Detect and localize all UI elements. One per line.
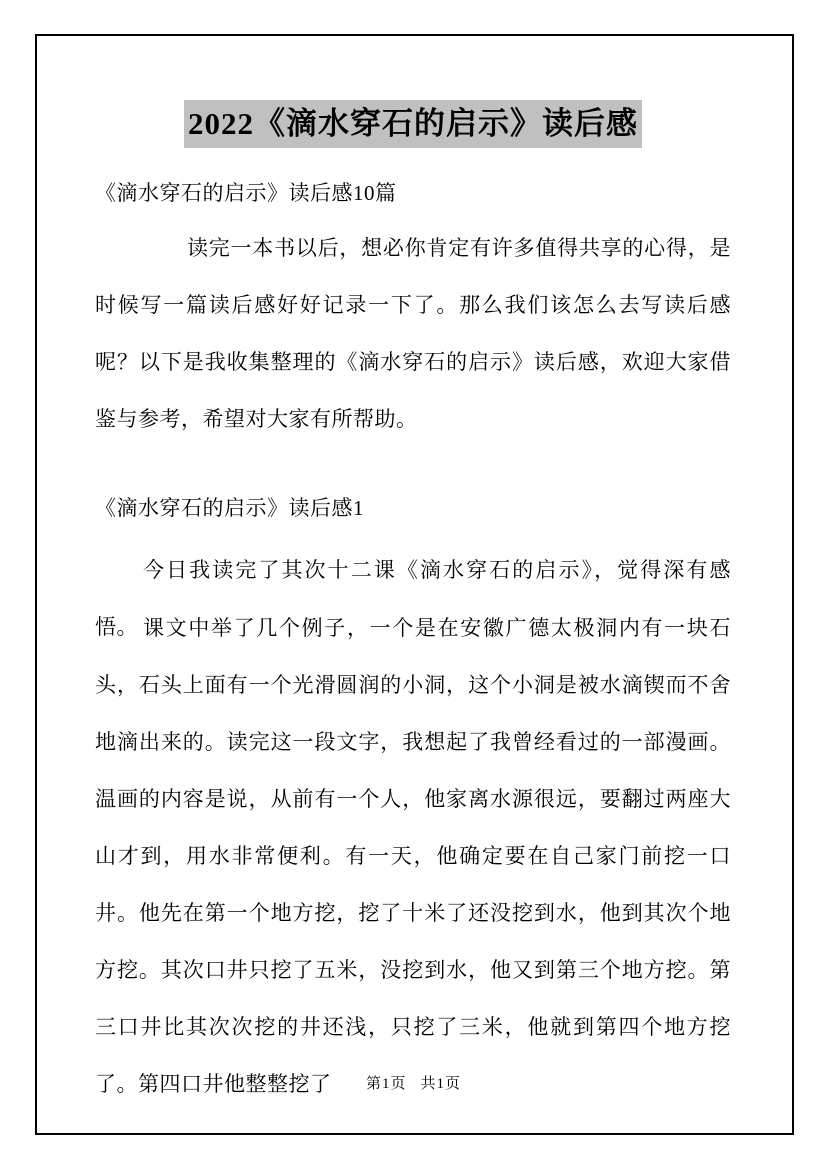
title-row: 2022《滴水穿石的启示》读后感 bbox=[95, 100, 731, 148]
document-page: 2022《滴水穿石的启示》读后感 《滴水穿石的启示》读后感10篇 读完一本书以后… bbox=[0, 0, 827, 1170]
page-title: 2022《滴水穿石的启示》读后感 bbox=[184, 100, 642, 148]
footer-current-page: 第1页 bbox=[366, 1076, 407, 1092]
section1-paragraph-2: 课文中举了几个例子，一个是在安徽广德太极洞内有一块石头，石头上面有一个光滑圆润的… bbox=[95, 600, 731, 1113]
intro-paragraph: 读完一本书以后，想必你肯定有许多值得共享的心得，是时候写一篇读后感好好记录一下了… bbox=[95, 220, 731, 448]
footer-total-pages: 共1页 bbox=[421, 1076, 462, 1092]
page-footer: 第1页共1页 bbox=[0, 1072, 827, 1096]
section1-heading: 《滴水穿石的启示》读后感1 bbox=[95, 480, 731, 537]
document-subtitle: 《滴水穿石的启示》读后感10篇 bbox=[95, 165, 731, 222]
